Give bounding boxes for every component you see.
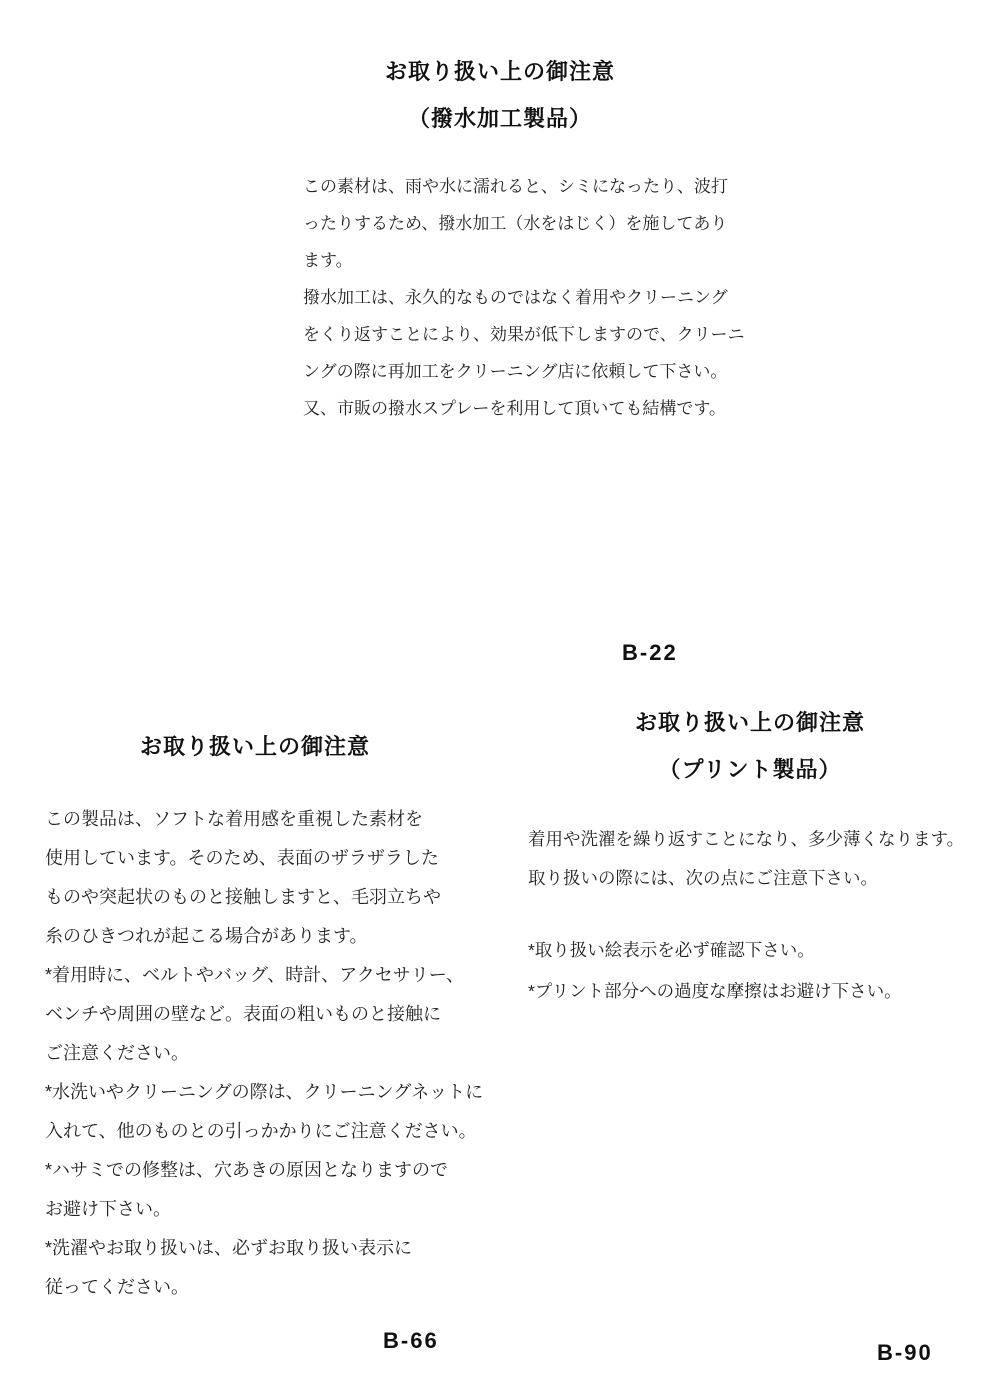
text-line: ベンチや周囲の壁など。表面の粗いものと接触に xyxy=(45,995,495,1034)
water-repellent-section-title: お取り扱い上の御注意 xyxy=(0,55,1000,86)
text-line: ご注意ください。 xyxy=(45,1034,495,1073)
text-line: この製品は、ソフトな着用感を重視した素材を xyxy=(45,800,495,839)
text-line: ングの際に再加工をクリーニング店に依頼して下さい。 xyxy=(303,353,743,390)
soft-material-section-title: お取り扱い上の御注意 xyxy=(0,730,510,761)
text-line: をくり返すことにより、効果が低下しますので、クリーニ xyxy=(303,316,743,353)
text-line: この素材は、雨や水に濡れると、シミになったり、波打 xyxy=(303,168,743,205)
text-line: *水洗いやクリーニングの際は、クリーニングネットに xyxy=(45,1073,495,1112)
page-code-b22: B-22 xyxy=(622,640,678,666)
print-product-section-title: お取り扱い上の御注意 xyxy=(520,706,980,737)
text-line: 入れて、他のものとの引っかかりにご注意ください。 xyxy=(45,1112,495,1151)
text-line: 従ってください。 xyxy=(45,1268,495,1307)
text-line: 取り扱いの際には、次の点にご注意下さい。 xyxy=(528,859,988,898)
text-line: *取り扱い絵表示を必ず確認下さい。 xyxy=(528,930,988,971)
text-line: *ハサミでの修整は、穴あきの原因となりますので xyxy=(45,1151,495,1190)
text-line: ものや突起状のものと接触しますと、毛羽立ちや xyxy=(45,878,495,917)
print-product-section-subtitle: （プリント製品） xyxy=(520,753,980,784)
page-code-b90: B-90 xyxy=(877,1340,933,1366)
text-line: *着用時に、ベルトやバッグ、時計、アクセサリー、 xyxy=(45,956,495,995)
text-line: お避け下さい。 xyxy=(45,1190,495,1229)
print-product-bullet-text: *取り扱い絵表示を必ず確認下さい。*プリント部分への過度な摩擦はお避け下さい。 xyxy=(528,930,988,1012)
text-line: ったりするため、撥水加工（水をはじく）を施してあり xyxy=(303,205,743,242)
text-line: *プリント部分への過度な摩擦はお避け下さい。 xyxy=(528,971,988,1012)
print-product-intro-text: 着用や洗濯を繰り返すことになり、多少薄くなります。取り扱いの際には、次の点にご注… xyxy=(528,820,988,898)
text-line: 又、市販の撥水スプレーを利用して頂いても結構です。 xyxy=(303,390,743,427)
text-line: 糸のひきつれが起こる場合があります。 xyxy=(45,917,495,956)
water-repellent-section-subtitle: （撥水加工製品） xyxy=(0,102,1000,133)
text-line: ます。 xyxy=(303,242,743,279)
text-line: 着用や洗濯を繰り返すことになり、多少薄くなります。 xyxy=(528,820,988,859)
soft-material-body-text: この製品は、ソフトな着用感を重視した素材を使用しています。そのため、表面のザラザ… xyxy=(45,800,495,1307)
text-line: 使用しています。そのため、表面のザラザラした xyxy=(45,839,495,878)
care-instructions-document: お取り扱い上の御注意 （撥水加工製品） この素材は、雨や水に濡れると、シミになっ… xyxy=(0,0,1000,1400)
text-line: 撥水加工は、永久的なものではなく着用やクリーニング xyxy=(303,279,743,316)
water-repellent-body-text: この素材は、雨や水に濡れると、シミになったり、波打ったりするため、撥水加工（水を… xyxy=(303,168,743,427)
page-code-b66: B-66 xyxy=(383,1328,439,1354)
text-line: *洗濯やお取り扱いは、必ずお取り扱い表示に xyxy=(45,1229,495,1268)
